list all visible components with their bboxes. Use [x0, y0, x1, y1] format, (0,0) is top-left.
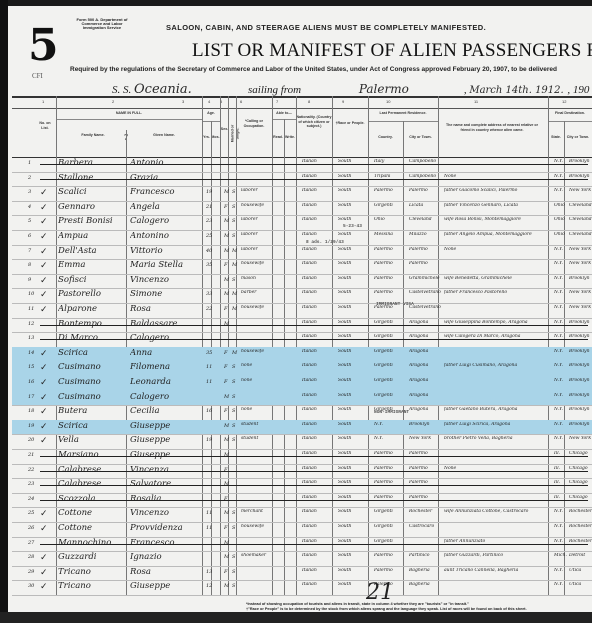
cell-country: Palermo: [374, 495, 407, 500]
table-row: ✓18ButeraCecilia16FSnoneItalianSouthGirg…: [12, 405, 592, 421]
cell-occupation: laborer: [241, 232, 275, 237]
cell-family: Marsiano: [58, 450, 126, 460]
cell-sex: F: [224, 379, 232, 385]
cell-state: N.Y.: [554, 349, 568, 354]
cell-city: Partinico: [409, 553, 442, 558]
cell-race: South: [338, 407, 371, 412]
cell-race: South: [338, 261, 371, 266]
cell-state: N.Y.: [554, 378, 568, 383]
cell-age: 11: [206, 525, 215, 531]
col-num: 3: [182, 99, 184, 104]
cell-no: 18: [28, 408, 38, 414]
cell-family: Alparone: [58, 304, 126, 314]
cell-country: N.Y.: [374, 422, 407, 427]
table-row: 21MarsianoGiuseppeMItalianSouthPalermoPa…: [12, 449, 592, 465]
header-city: City or Town.: [403, 135, 438, 140]
col-num: 11: [474, 99, 478, 104]
table-row: 27MannochinoFrancescoMItalianSouthGirgen…: [12, 537, 592, 553]
cell-ms: M: [232, 248, 240, 254]
cell-sex: M: [224, 321, 232, 327]
cell-family: Cottone: [58, 508, 126, 518]
cell-relative: father Francesco Pastorello: [444, 290, 550, 295]
cell-given: Vincenzo: [130, 508, 204, 518]
checkmark-icon: ✓: [40, 552, 48, 563]
cell-nationality: Italian: [302, 174, 335, 179]
cell-race: South: [338, 422, 371, 427]
cell-country: Palermo: [374, 466, 407, 471]
cell-city: Aragona: [409, 334, 442, 339]
cell-sex: M: [224, 554, 232, 560]
header-mos: Mos.: [211, 135, 220, 140]
cell-dest: Brooklyn: [569, 349, 592, 354]
cell-occupation: none: [241, 378, 275, 383]
header-read: Read.: [272, 135, 284, 140]
cell-sex: F: [224, 204, 232, 210]
table-row: ✓9SofisciVincenzoMSmasonItalianSouthPale…: [12, 274, 592, 290]
cell-city: Aragona: [409, 349, 442, 354]
cell-dest: New York: [569, 188, 592, 193]
cell-race: South: [338, 539, 371, 544]
cell-country: Palermo: [374, 247, 407, 252]
cell-state: Ohio: [554, 203, 568, 208]
cell-sex: M: [224, 481, 232, 487]
cell-state: N.Y.: [554, 568, 568, 573]
cell-family: Scirica: [58, 348, 126, 358]
cell-country: N.Y.: [374, 436, 407, 441]
checkmark-icon: ✓: [40, 567, 48, 578]
table-row: ✓4GennaroAngela21FShousewifeItalianSouth…: [12, 201, 592, 217]
checkmark-icon: ✓: [40, 348, 48, 359]
cell-nationality: Italian: [302, 217, 335, 222]
cell-nationality: Italian: [302, 188, 335, 193]
cell-city: Castelvetrano: [409, 290, 442, 295]
cell-dest: Cleveland: [569, 232, 592, 237]
cell-sex: M: [224, 583, 232, 589]
cell-dest: Chicago: [569, 495, 592, 500]
year-suffix: 190: [573, 84, 590, 96]
cell-sex: M: [224, 423, 232, 429]
cell-relative: father Luigi Scirica, Aragona: [444, 422, 550, 427]
cell-sex: M: [224, 218, 232, 224]
cell-no: 16: [28, 379, 38, 385]
cell-nationality: Italian: [302, 480, 335, 485]
cell-city: Palermo: [409, 261, 442, 266]
cell-ms: S: [232, 204, 240, 210]
cell-ms: S: [232, 379, 240, 385]
cell-ms: M: [232, 306, 240, 312]
cell-dest: Brooklyn: [569, 407, 592, 412]
cell-city: Castrocaro: [409, 524, 442, 529]
cell-city: Palermo: [409, 188, 442, 193]
cell-country: Palermo: [374, 276, 407, 281]
table-row: 24ScozzolaRosaliaFItalianSouthPalermoPal…: [12, 493, 592, 509]
cell-country: Palermo: [374, 188, 407, 193]
header-dest-city: City or Town.: [564, 135, 592, 140]
sailing-line: sailing from Palermo, March 14th. 1912.,…: [248, 82, 589, 97]
cell-given: Calogero: [130, 333, 204, 343]
cell-nationality: Italian: [302, 261, 335, 266]
cell-no: 24: [28, 496, 38, 502]
cell-ms: S: [232, 394, 240, 400]
cell-given: Antonino: [130, 231, 204, 241]
cell-no: 21: [28, 452, 38, 458]
table-row: ✓6AmpuaAntonino25MSlaborerItalianSouthMe…: [12, 230, 592, 246]
cell-race: South: [338, 276, 371, 281]
cell-occupation: merchant: [241, 509, 275, 514]
cell-given: Calogero: [130, 392, 204, 402]
cell-dest: Cleveland: [569, 217, 592, 222]
cell-family: Tricano: [58, 581, 126, 591]
cell-no: 10: [28, 291, 38, 297]
cell-sex: M: [224, 452, 232, 458]
cell-race: South: [338, 509, 371, 514]
checkmark-icon: ✓: [40, 231, 48, 242]
cell-ms: S: [232, 583, 240, 589]
cell-dest: New York: [569, 247, 592, 252]
cell-race: South: [338, 188, 371, 193]
cell-country: Messina: [374, 232, 407, 237]
cell-race: South: [338, 363, 371, 368]
cell-state: N.Y.: [554, 422, 568, 427]
cell-no: 6: [28, 233, 38, 239]
cell-relative: wife Rosa Bonisi, Montemaggiore: [444, 217, 550, 222]
cell-city: Palermo: [409, 466, 442, 471]
cell-relative: father Giacomo Scalici, Palermo: [444, 188, 550, 193]
cell-relative: wife Annunziata Cottone, Castrocaro: [444, 509, 550, 514]
cell-no: 12: [28, 321, 38, 327]
header-final-destination: Final Destination.: [548, 111, 592, 116]
cell-age: 16: [206, 408, 215, 414]
cell-nationality: Italian: [302, 509, 335, 514]
cell-state: N.Y.: [554, 159, 568, 164]
cell-state: N.Y.: [554, 247, 568, 252]
cell-city: Campobello: [409, 174, 442, 179]
header-no-on-list: No. on List.: [38, 121, 52, 130]
cell-city: Brooklyn: [409, 422, 442, 427]
cell-nationality: Italian: [302, 553, 335, 558]
cell-state: Ill.: [554, 480, 568, 485]
col-num: 9: [342, 99, 344, 104]
cell-age: 12: [206, 583, 215, 589]
checkmark-icon: ✓: [40, 508, 48, 519]
cell-country: Girgenti: [374, 320, 407, 325]
scan-border-bottom: [0, 612, 592, 623]
cell-city: Grammichele: [409, 276, 442, 281]
header-relative: The name and complete address of nearest…: [442, 123, 542, 132]
cell-state: N.Y.: [554, 509, 568, 514]
table-row: ✓7Dell'AstaVittorio40MMlaborerItalianSou…: [12, 245, 592, 261]
cell-nationality: Italian: [302, 320, 335, 325]
cell-race: South: [338, 305, 371, 310]
cell-family: Scalici: [58, 187, 126, 197]
cell-sex: M: [224, 248, 232, 254]
cell-nationality: Italian: [302, 276, 335, 281]
cell-family: Di Marco: [58, 333, 126, 343]
cell-given: Angela: [130, 202, 204, 212]
table-row: 13Di MarcoCalogeroItalianSouthGirgentiAr…: [12, 332, 592, 348]
checkmark-icon: ✓: [40, 523, 48, 534]
cell-nationality: Italian: [302, 539, 335, 544]
col-num: 8: [308, 99, 310, 104]
cell-occupation: housewife: [241, 524, 275, 529]
cell-age: 40: [206, 248, 215, 254]
cell-relative: wife Benedetta, Grammichele: [444, 276, 550, 281]
cell-given: Anna: [130, 348, 204, 358]
cell-city: Cleveland: [409, 217, 442, 222]
cell-occupation: housewife: [241, 261, 275, 266]
cell-dest: Brooklyn: [569, 174, 592, 179]
table-row: ✓17CusimanoCalogeroMSItalianSouthGirgent…: [12, 391, 592, 407]
cell-age: 35: [206, 350, 215, 356]
cell-state: N.Y.: [554, 582, 568, 587]
cell-state: Ohio: [554, 232, 568, 237]
cell-country: Girgenti: [374, 349, 407, 354]
cell-no: 7: [28, 248, 38, 254]
cell-no: 28: [28, 554, 38, 560]
cell-state: N.Y.: [554, 393, 568, 398]
cell-dest: Chicago: [569, 480, 592, 485]
cell-state: N.Y.: [554, 290, 568, 295]
table-row: 22CalabreseVincenzaFItalianSouthPalermoP…: [12, 464, 592, 480]
cell-given: Ignazio: [130, 552, 204, 562]
cell-no: 15: [28, 364, 38, 370]
cell-nationality: Italian: [302, 363, 335, 368]
cell-state: N.Y.: [554, 174, 568, 179]
cell-given: Rosalia: [130, 494, 204, 504]
col-num: 12: [562, 99, 566, 104]
cell-race: South: [338, 320, 371, 325]
cell-occupation: laborer: [241, 247, 275, 252]
cell-nationality: Italian: [302, 495, 335, 500]
cell-state: Ill.: [554, 495, 568, 500]
cell-no: 1: [28, 160, 38, 166]
cell-no: 20: [28, 437, 38, 443]
cell-ms: S: [232, 525, 240, 531]
cell-relative: wife Calogera Di Marco, Aragona: [444, 334, 550, 339]
cell-race: South: [338, 232, 371, 237]
cell-age: 22: [206, 306, 215, 312]
cell-no: 27: [28, 540, 38, 546]
cell-city: Palermo: [409, 451, 442, 456]
table-row: ✓16CusimanoLeonarda11FSnoneItalianSouthG…: [12, 376, 592, 392]
cell-country: Girgenti: [374, 509, 407, 514]
cell-dest: Brooklyn: [569, 320, 592, 325]
checkmark-icon: ✓: [40, 216, 48, 227]
cell-city: Rochester: [409, 509, 442, 514]
cell-no: 4: [28, 204, 38, 210]
cell-no: 5: [28, 218, 38, 224]
cell-given: Cecilia: [130, 406, 204, 416]
col-num: 6: [240, 99, 242, 104]
table-row: ✓8EmmaMaria Stella35FMhousewifeItalianSo…: [12, 259, 592, 275]
cell-no: 3: [28, 189, 38, 195]
cell-family: Stallone: [58, 173, 126, 183]
cell-occupation: barber: [241, 290, 275, 295]
cell-country: Girgenti: [374, 203, 407, 208]
cell-state: Ohio: [554, 217, 568, 222]
cell-sex: F: [224, 262, 232, 268]
cell-given: Francesco: [130, 187, 204, 197]
cell-nationality: Italian: [302, 466, 335, 471]
table-row: ✓29TricanoRosa13FSItalianSouthPalermoBag…: [12, 566, 592, 582]
cell-country: Girgenti: [374, 378, 407, 383]
cell-relative: None: [444, 247, 550, 252]
cell-given: Vincenzo: [130, 275, 204, 285]
cell-occupation: housewife: [241, 349, 275, 354]
cell-family: Scozzola: [58, 494, 126, 504]
cell-nationality: Italian: [302, 232, 335, 237]
cell-race: South: [338, 436, 371, 441]
cell-state: N.Y.: [554, 261, 568, 266]
table-row: ✓11AlparoneRosa22FMhousewifeItalianSouth…: [12, 303, 592, 319]
cell-age: 11: [206, 510, 215, 516]
cell-dest: New York: [569, 436, 592, 441]
cell-ms: M: [232, 350, 240, 356]
cell-country: Palermo: [374, 451, 407, 456]
col-num: 10: [386, 99, 390, 104]
cell-state: N.Y.: [554, 363, 568, 368]
cell-no: 9: [28, 277, 38, 283]
cell-family: Mannochino: [58, 538, 126, 548]
cell-sex: M: [224, 277, 232, 283]
cell-age: 11: [206, 364, 215, 370]
cell-sex: F: [224, 350, 232, 356]
cell-occupation: student: [241, 422, 275, 427]
cell-country: Girgenti: [374, 393, 407, 398]
cell-given: Antonio: [130, 158, 204, 168]
cell-race: South: [338, 174, 371, 179]
table-header: No. on List. NAME IN FULL. Family Name. …: [12, 107, 592, 158]
checkmark-icon: ✓: [40, 289, 48, 300]
cell-no: 14: [28, 350, 38, 356]
cell-relative: aunt Tricano Cannella, Bagheria: [444, 568, 550, 573]
cell-occupation: mason: [241, 276, 275, 281]
checkmark-icon: ✓: [40, 581, 48, 592]
cell-relative: father Angelo Ampua, Montemaggiore: [444, 232, 550, 237]
cell-dest: Rochester: [569, 539, 592, 544]
cell-city: Milazzo: [409, 232, 442, 237]
cell-country: Girgenti: [374, 524, 407, 529]
cell-no: 23: [28, 481, 38, 487]
checkmark-icon: ✓: [40, 304, 48, 315]
cell-given: Calogero: [130, 216, 204, 226]
cell-nationality: Italian: [302, 436, 335, 441]
table-row: ✓20VellaGiuseppe19MSstudentItalianSouthN…: [12, 434, 592, 450]
cell-given: Giuseppe: [130, 421, 204, 431]
cell-given: Leonarda: [130, 377, 204, 387]
table-row: ✓26CottoneProvvidenza11FShousewifeItalia…: [12, 522, 592, 538]
cell-nationality: Italian: [302, 159, 335, 164]
checkmark-icon: ✓: [40, 275, 48, 286]
cell-sex: M: [224, 189, 232, 195]
cell-sex: M: [224, 510, 232, 516]
page-ref: CFI: [32, 72, 43, 80]
cell-nationality: Italian: [302, 422, 335, 427]
sailing-label: sailing from: [248, 84, 301, 96]
checkmark-icon: ✓: [40, 362, 48, 373]
cell-city: Bagheria: [409, 568, 442, 573]
cell-dest: Brooklyn: [569, 393, 592, 398]
port-name: Palermo: [304, 82, 464, 97]
cell-given: Maria Stella: [130, 260, 204, 270]
cell-dest: Chicago: [569, 466, 592, 471]
cell-race: South: [338, 334, 371, 339]
cell-state: N.Y.: [554, 276, 568, 281]
cell-occupation: housewife: [241, 305, 275, 310]
cell-relative: father Vincenzo Gennaro, Licata: [444, 203, 550, 208]
checkmark-icon: ✓: [40, 392, 48, 403]
cell-race: South: [338, 451, 371, 456]
cell-no: 22: [28, 467, 38, 473]
cell-given: Grazia: [130, 173, 204, 183]
cell-state: N.Y.: [554, 305, 568, 310]
cell-nationality: Italian: [302, 349, 335, 354]
header-family-name: Family Name.: [60, 133, 126, 138]
table-row: ✓5Presti BonisiCalogero23MSlaborerItalia…: [12, 215, 592, 231]
checkmark-icon: ✓: [40, 377, 48, 388]
cell-state: N.Y.: [554, 407, 568, 412]
cell-no: 29: [28, 569, 38, 575]
cell-family: Ampua: [58, 231, 126, 241]
cell-age: 21: [206, 204, 215, 210]
cell-city: Licata: [409, 203, 442, 208]
col-num: 4: [208, 99, 210, 104]
cell-dest: Rochester: [569, 509, 592, 514]
table-row: ✓15CusimanoFilomena11FSnoneItalianSouthG…: [12, 361, 592, 377]
cell-family: Emma: [58, 260, 126, 270]
cell-race: South: [338, 480, 371, 485]
cell-ms: M: [232, 291, 240, 297]
cell-sex: M: [224, 540, 232, 546]
cell-given: Filomena: [130, 362, 204, 372]
cell-dest: Brooklyn: [569, 276, 592, 281]
checkmark-icon: ✓: [40, 406, 48, 417]
cell-family: Calabrese: [58, 465, 126, 475]
header-yrs: Yrs.: [202, 135, 211, 140]
cell-state: Ill.: [554, 451, 568, 456]
cell-ms: S: [232, 364, 240, 370]
header-nationality: Nationality. (Country of which citizen o…: [296, 115, 332, 129]
cell-occupation: student: [241, 436, 275, 441]
cell-country: Palermo: [374, 553, 407, 558]
cell-given: Simone: [130, 289, 204, 299]
cell-dest: Cleveland: [569, 203, 592, 208]
cell-ms: S: [232, 277, 240, 283]
cell-country: Italy: [374, 159, 407, 164]
cell-country: Girgenti: [374, 334, 407, 339]
cell-city: Aragona: [409, 393, 442, 398]
cell-ms: S: [232, 189, 240, 195]
cell-dest: Utica: [569, 568, 592, 573]
cell-race: South: [338, 553, 371, 558]
cell-age: 25: [206, 233, 215, 239]
cell-age: 19: [206, 437, 215, 443]
cell-country: Girgenti: [374, 363, 407, 368]
cell-nationality: Italian: [302, 305, 335, 310]
cell-sex: F: [224, 496, 232, 502]
cell-given: Rosa: [130, 304, 204, 314]
cell-age: 19: [206, 189, 215, 195]
cell-nationality: Italian: [302, 451, 335, 456]
cell-no: 8: [28, 262, 38, 268]
cell-relative: None: [444, 466, 550, 471]
cell-race: South: [338, 159, 371, 164]
cell-state: N.Y.: [554, 334, 568, 339]
table-row: ✓28GuzzardiIgnazioMSshoemakerItalianSout…: [12, 551, 592, 567]
cell-sex: F: [224, 467, 232, 473]
table-row: 12BontempoBaldassareMItalianSouthGirgent…: [12, 318, 592, 334]
cell-relative: father Luigi Cusimano, Aragona: [444, 363, 550, 368]
